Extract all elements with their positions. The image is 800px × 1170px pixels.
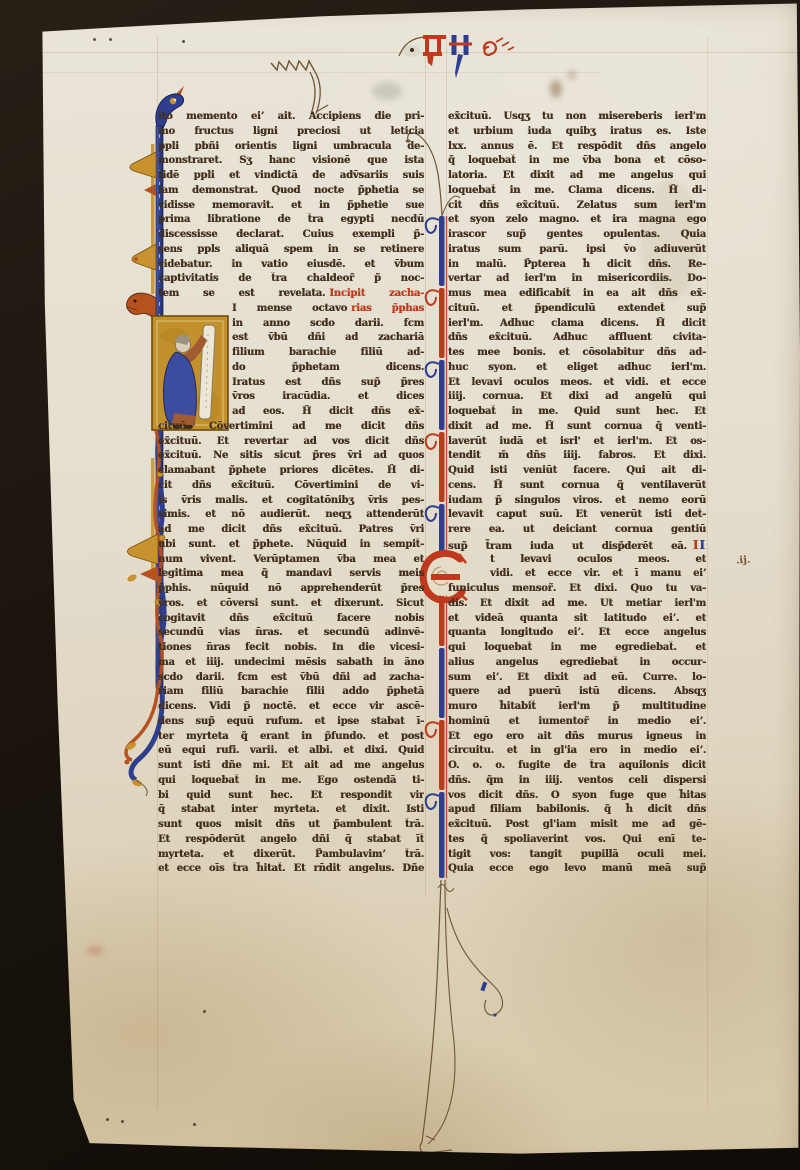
stain bbox=[86, 946, 104, 955]
running-title-letter-blue bbox=[454, 35, 466, 78]
text-line: sunt quos misit dñs ut p̃ambulent t̃rā. bbox=[158, 818, 424, 833]
text-line: irascor sup̃ gentes opulentas. Quia bbox=[448, 228, 706, 243]
rubric-text: Incipit zacha- bbox=[325, 288, 424, 299]
text-line: tes mee bonis. et cōsolabitur dñs ad- bbox=[448, 346, 706, 361]
text-line: tiones n̄ras fecit nobis. In die vicesi- bbox=[158, 641, 424, 656]
text-line: Et respōderūt angelo dñi q̄ stabat īt̃ bbox=[158, 833, 424, 848]
chapter-numeral: II bbox=[687, 538, 706, 552]
text-line: I mense octavorias p̃phas bbox=[158, 302, 424, 317]
text-line: levavit caput suū. Et venerūt isti det̃- bbox=[448, 508, 706, 523]
text-line: dis. Et dixit ad me. Ut metiar ierl'm bbox=[448, 597, 706, 612]
text-line: q̄ stabat inter myrteta. et dixit. Isti bbox=[158, 803, 424, 818]
text-line: clamabant p̃phete priores dicētes. H̃ di… bbox=[158, 464, 424, 479]
prick-mark bbox=[106, 1118, 109, 1121]
text-line: vos dicit dñs. O syon fuge que h̃itas bbox=[448, 789, 706, 804]
text-line: p̃phis. nūquid nō apprehenderūt p̃res bbox=[158, 582, 424, 597]
text-line: cit dñs ex̃cituū. Cōvertimini de vi- bbox=[158, 479, 424, 494]
text-line: ex̃cituū. Et revertar ad vos dicit dñs bbox=[158, 435, 424, 450]
text-line: iratus sum parū. ipsi v̄o adiuverūt bbox=[448, 243, 706, 258]
text-line: ex̃cituū. Usqʒ tu non misereberis ierl'm bbox=[448, 110, 706, 125]
text-line: tigit vos: tangit pupillā oculi mei. bbox=[448, 848, 706, 863]
text-line: videbatur. in vatio eiusdē. et v̄bum bbox=[158, 258, 424, 273]
text-line: v̄ros iracūdia. et dices bbox=[158, 390, 424, 405]
text-line: v̄ros. et cōversi sunt. et dixerunt. Sic… bbox=[158, 597, 424, 612]
text-line: num vivent. Verūptamen v̄ba mea et bbox=[158, 553, 424, 568]
ruling-line bbox=[707, 36, 708, 1110]
text-line: in anno scdo darii. fcm bbox=[158, 317, 424, 332]
right-text-column: ex̃cituū. Usqʒ tu non misereberis ierl'm… bbox=[448, 110, 706, 877]
text-line: do p̃phetam dicens. bbox=[158, 361, 424, 376]
text-line: tem se est revelata.Incipit zacha- bbox=[158, 287, 424, 302]
text-line: tendit m̃ dñs iiij. fabros. Et dixi. bbox=[448, 449, 706, 464]
text-line: latoria. Et dixit ad me angelus qui bbox=[448, 169, 706, 184]
text-line: q̃ loquebat̃ in me v̄ba bona et cōso- bbox=[448, 154, 706, 169]
text-line: eū equi rufi. varii. et albi. et dixi. Q… bbox=[158, 744, 424, 759]
text-line: Iratus est dñs sup̃ p̃res bbox=[158, 376, 424, 391]
text-line: myrteta. et dixerūt. P̃ambulavimʼ t̃rā. bbox=[158, 848, 424, 863]
text-line: laverūt iudā et isrl' et ierl'm. Et os- bbox=[448, 435, 706, 450]
text-line: secundū vias n̄ras. et secundū adinvē- bbox=[158, 626, 424, 641]
text-line: ma et iiij. undecimi mēsis sabath in āno bbox=[158, 656, 424, 671]
text-line: dicens. Vidi p̃ noctē. et ecce vir ascē- bbox=[158, 700, 424, 715]
text-line: filium barachie filiū ad- bbox=[158, 346, 424, 361]
rubric-text: rias p̃phas bbox=[347, 303, 424, 314]
text-line: rere ea. ut deiciant cornua gentiū bbox=[448, 523, 706, 538]
text-line: et urbium iuda quibʒ iratus es. Iste bbox=[448, 125, 706, 140]
text-line: cituū. Cōvertimini ad me dicit dñs bbox=[158, 420, 424, 435]
text-line: discessisse declarat. Cuius exempli p̃- bbox=[158, 228, 424, 243]
text-line: iudam p̃ singulos viros. et nemo eorū bbox=[448, 494, 706, 509]
text-line: ter myrteta q̃ erant in p̃fundo. et post bbox=[158, 730, 424, 745]
cadel-ascender-A bbox=[254, 50, 374, 116]
left-text-column: ito memento eiʼ ait. Accipiens die pri-m… bbox=[158, 110, 424, 877]
text-line: et ecce oīs t̃ra h̃itat̃. Et rn̄dit ange… bbox=[158, 862, 424, 877]
text-line: vidi. et ecce vir. et ī manu eiʼ bbox=[448, 567, 706, 582]
text-line: tes q̃ spoliaverint vos. Qui enī te- bbox=[448, 833, 706, 848]
text-line: ubi sunt. et p̃phete. Nūquid in sempit̃- bbox=[158, 538, 424, 553]
text-line: qui loquebat̃ in me egrediebat̃. et bbox=[448, 641, 706, 656]
text-line: huc syon. et eliget adhuc ierl'm. bbox=[448, 361, 706, 376]
bar-bottom-terminal bbox=[125, 686, 163, 796]
text-line: vertar ad ierl'm in misericordiis. Do- bbox=[448, 272, 706, 287]
running-title-flourish bbox=[484, 38, 514, 55]
text-line: loquebat̃ in me. Clama dicens. H̃ di- bbox=[448, 184, 706, 199]
text-line: funiculus mensor̃. Et dixi. Quo tu va- bbox=[448, 582, 706, 597]
manuscript-photo: ito memento eiʼ ait. Accipiens die pri-m… bbox=[0, 0, 800, 1170]
text-line: alius angelus egrediebat̃ in occur- bbox=[448, 656, 706, 671]
text-line: ad me dicit dñs ex̃cituū. Patres v̄ri bbox=[158, 523, 424, 538]
text-line: et videā quanta sit latitudo eiʼ. et bbox=[448, 612, 706, 627]
prick-mark bbox=[109, 38, 112, 41]
text-line: sum eiʼ. Et dixit ad eū. Curre. lo- bbox=[448, 671, 706, 686]
text-line: iiij. cornua. Et dixi ad angelū qui bbox=[448, 390, 706, 405]
prick-mark bbox=[27, 1004, 30, 1007]
text-line: cens. H̃ sunt cornua q̃ ventilaverūt bbox=[448, 479, 706, 494]
running-title bbox=[396, 24, 516, 82]
text-line: ierl'm. Adhuc clama dicens. H̃ dicit bbox=[448, 317, 706, 332]
text-line: ad eos. H̃ dicit dñs ex̃- bbox=[158, 405, 424, 420]
text-line: prima libratione de t̃ra egypti necdū bbox=[158, 213, 424, 228]
text-line: riam filiū barachie filii addo p̃phetā bbox=[158, 685, 424, 700]
text-line: dens sup̃ equū rufum. et ipse stabat ī- bbox=[158, 715, 424, 730]
text-line: tidē ppli et vindictā de adv̄sariis suis bbox=[158, 169, 424, 184]
text-line: dñs ex̃cituū. Adhuc affluent civita- bbox=[448, 331, 706, 346]
text-line: dixit ad me. H̃ sunt cornua q̃ venti- bbox=[448, 420, 706, 435]
text-line: circuitu. et in gl'ia ero in medio eiʼ. bbox=[448, 744, 706, 759]
text-line: muro h̃itabit̃ ierl'm p̃ multitudine bbox=[448, 700, 706, 715]
text-line: ex̃cituū. Ne sitis sicut p̃res v̄ri ad q… bbox=[158, 449, 424, 464]
text-line: lxx. annus ē. Et respōdit dñs angelo bbox=[448, 140, 706, 155]
prick-mark bbox=[121, 1120, 124, 1123]
text-line: sunt isti dñe mi. Et ait ad me angelus bbox=[158, 759, 424, 774]
text-line: simis. et nō audierūt. neqʒ attenderūt bbox=[158, 508, 424, 523]
text-line: bi quid sunt hec. Et respondit vir bbox=[158, 789, 424, 804]
text-line: t levavi oculos meos. et bbox=[448, 553, 706, 568]
text-line: loquebat̃ in me. Quid sunt hec. Et bbox=[448, 405, 706, 420]
text-line: captivitatis de t̃ra chaldeor̃ p̃ noc- bbox=[158, 272, 424, 287]
bar-segments bbox=[426, 216, 447, 878]
text-line: et syon zelo magno. et ira magna ego bbox=[448, 213, 706, 228]
text-line: ppli pbñi orientis ligni umbracula de- bbox=[158, 140, 424, 155]
text-line: hominū et iumentor̃ in medio eiʼ. bbox=[448, 715, 706, 730]
text-line: Quid isti veniūt facere. Qui ait di- bbox=[448, 464, 706, 479]
text-line: sens ppls aliquā spem in se retinere bbox=[158, 243, 424, 258]
text-line: cituū. et p̃pendiculū extendet̃ sup̃ bbox=[448, 302, 706, 317]
text-line: Et ego ero ait dñs murus igneus in bbox=[448, 730, 706, 745]
text-line: quere ad puerū istū dicens. Absqʒ bbox=[448, 685, 706, 700]
prick-mark bbox=[203, 1010, 206, 1013]
running-title-letter-red bbox=[423, 37, 446, 66]
pen-flourish-tail bbox=[420, 880, 503, 1157]
text-line: est v̄bū dñi ad zachariā bbox=[158, 331, 424, 346]
text-line: scdo darii. fcm est v̄bū dñi ad zacha- bbox=[158, 671, 424, 686]
text-line: O. o. o. fugite de t̃ra aquilonis dicit bbox=[448, 759, 706, 774]
stain bbox=[568, 70, 576, 80]
text-line: in malū. P̃pterea h̃ dicit dñs. Re- bbox=[448, 258, 706, 273]
stain bbox=[550, 80, 562, 98]
prick-mark bbox=[93, 38, 96, 41]
text-line: cogitavit dñs ex̃cituū facere nobis bbox=[158, 612, 424, 627]
margin-chapter-note: .ij. bbox=[736, 555, 751, 567]
text-line: is v̄ris malis. et cogitatōnibʒ v̄ris pe… bbox=[158, 494, 424, 509]
text-line: cit dñs ex̃cituū. Zelatus sum ierl'm bbox=[448, 199, 706, 214]
text-line: legitima mea q̃ mandavi servis meis bbox=[158, 567, 424, 582]
text-line: monstraret. Sʒ hanc visionē que ista bbox=[158, 154, 424, 169]
text-line: ito memento eiʼ ait. Accipiens die pri- bbox=[158, 110, 424, 125]
prick-mark bbox=[182, 40, 185, 43]
text-line: ex̃cituū. Post gl'iam misit me ad gē- bbox=[448, 818, 706, 833]
text-line: dñs. q̃m in iiij. ventos celi dispersi bbox=[448, 774, 706, 789]
prick-mark bbox=[193, 1123, 196, 1126]
text-line: vidisse memoravit. et in p̃phetie sue bbox=[158, 199, 424, 214]
text-line: apud filiam babilonis. q̃ h̃ dicit dñs bbox=[448, 803, 706, 818]
text-line: mus mea edificabit̃ in ea ait dñs ex̃- bbox=[448, 287, 706, 302]
text-line: qui loquebat̃ in me. Ego ostendā ti- bbox=[158, 774, 424, 789]
text-line: Quia ecce ego levo manū meā sup̃ bbox=[448, 862, 706, 877]
text-line: quanta longitudo eiʼ. Et ecce angelus bbox=[448, 626, 706, 641]
text-line: sup̃ t̃ram iuda ut disp̃derēt eā.II bbox=[448, 538, 706, 553]
bar-cusp bbox=[126, 534, 158, 583]
text-line: Et levavi oculos meos. et vidi. et ecce bbox=[448, 376, 706, 391]
parchment-leaf: ito memento eiʼ ait. Accipiens die pri-m… bbox=[0, 0, 800, 1170]
text-line: mo fructus ligni preciosi ut leticia bbox=[158, 125, 424, 140]
text-line: iam demonstrat. Quod nocte p̃phetia se bbox=[158, 184, 424, 199]
